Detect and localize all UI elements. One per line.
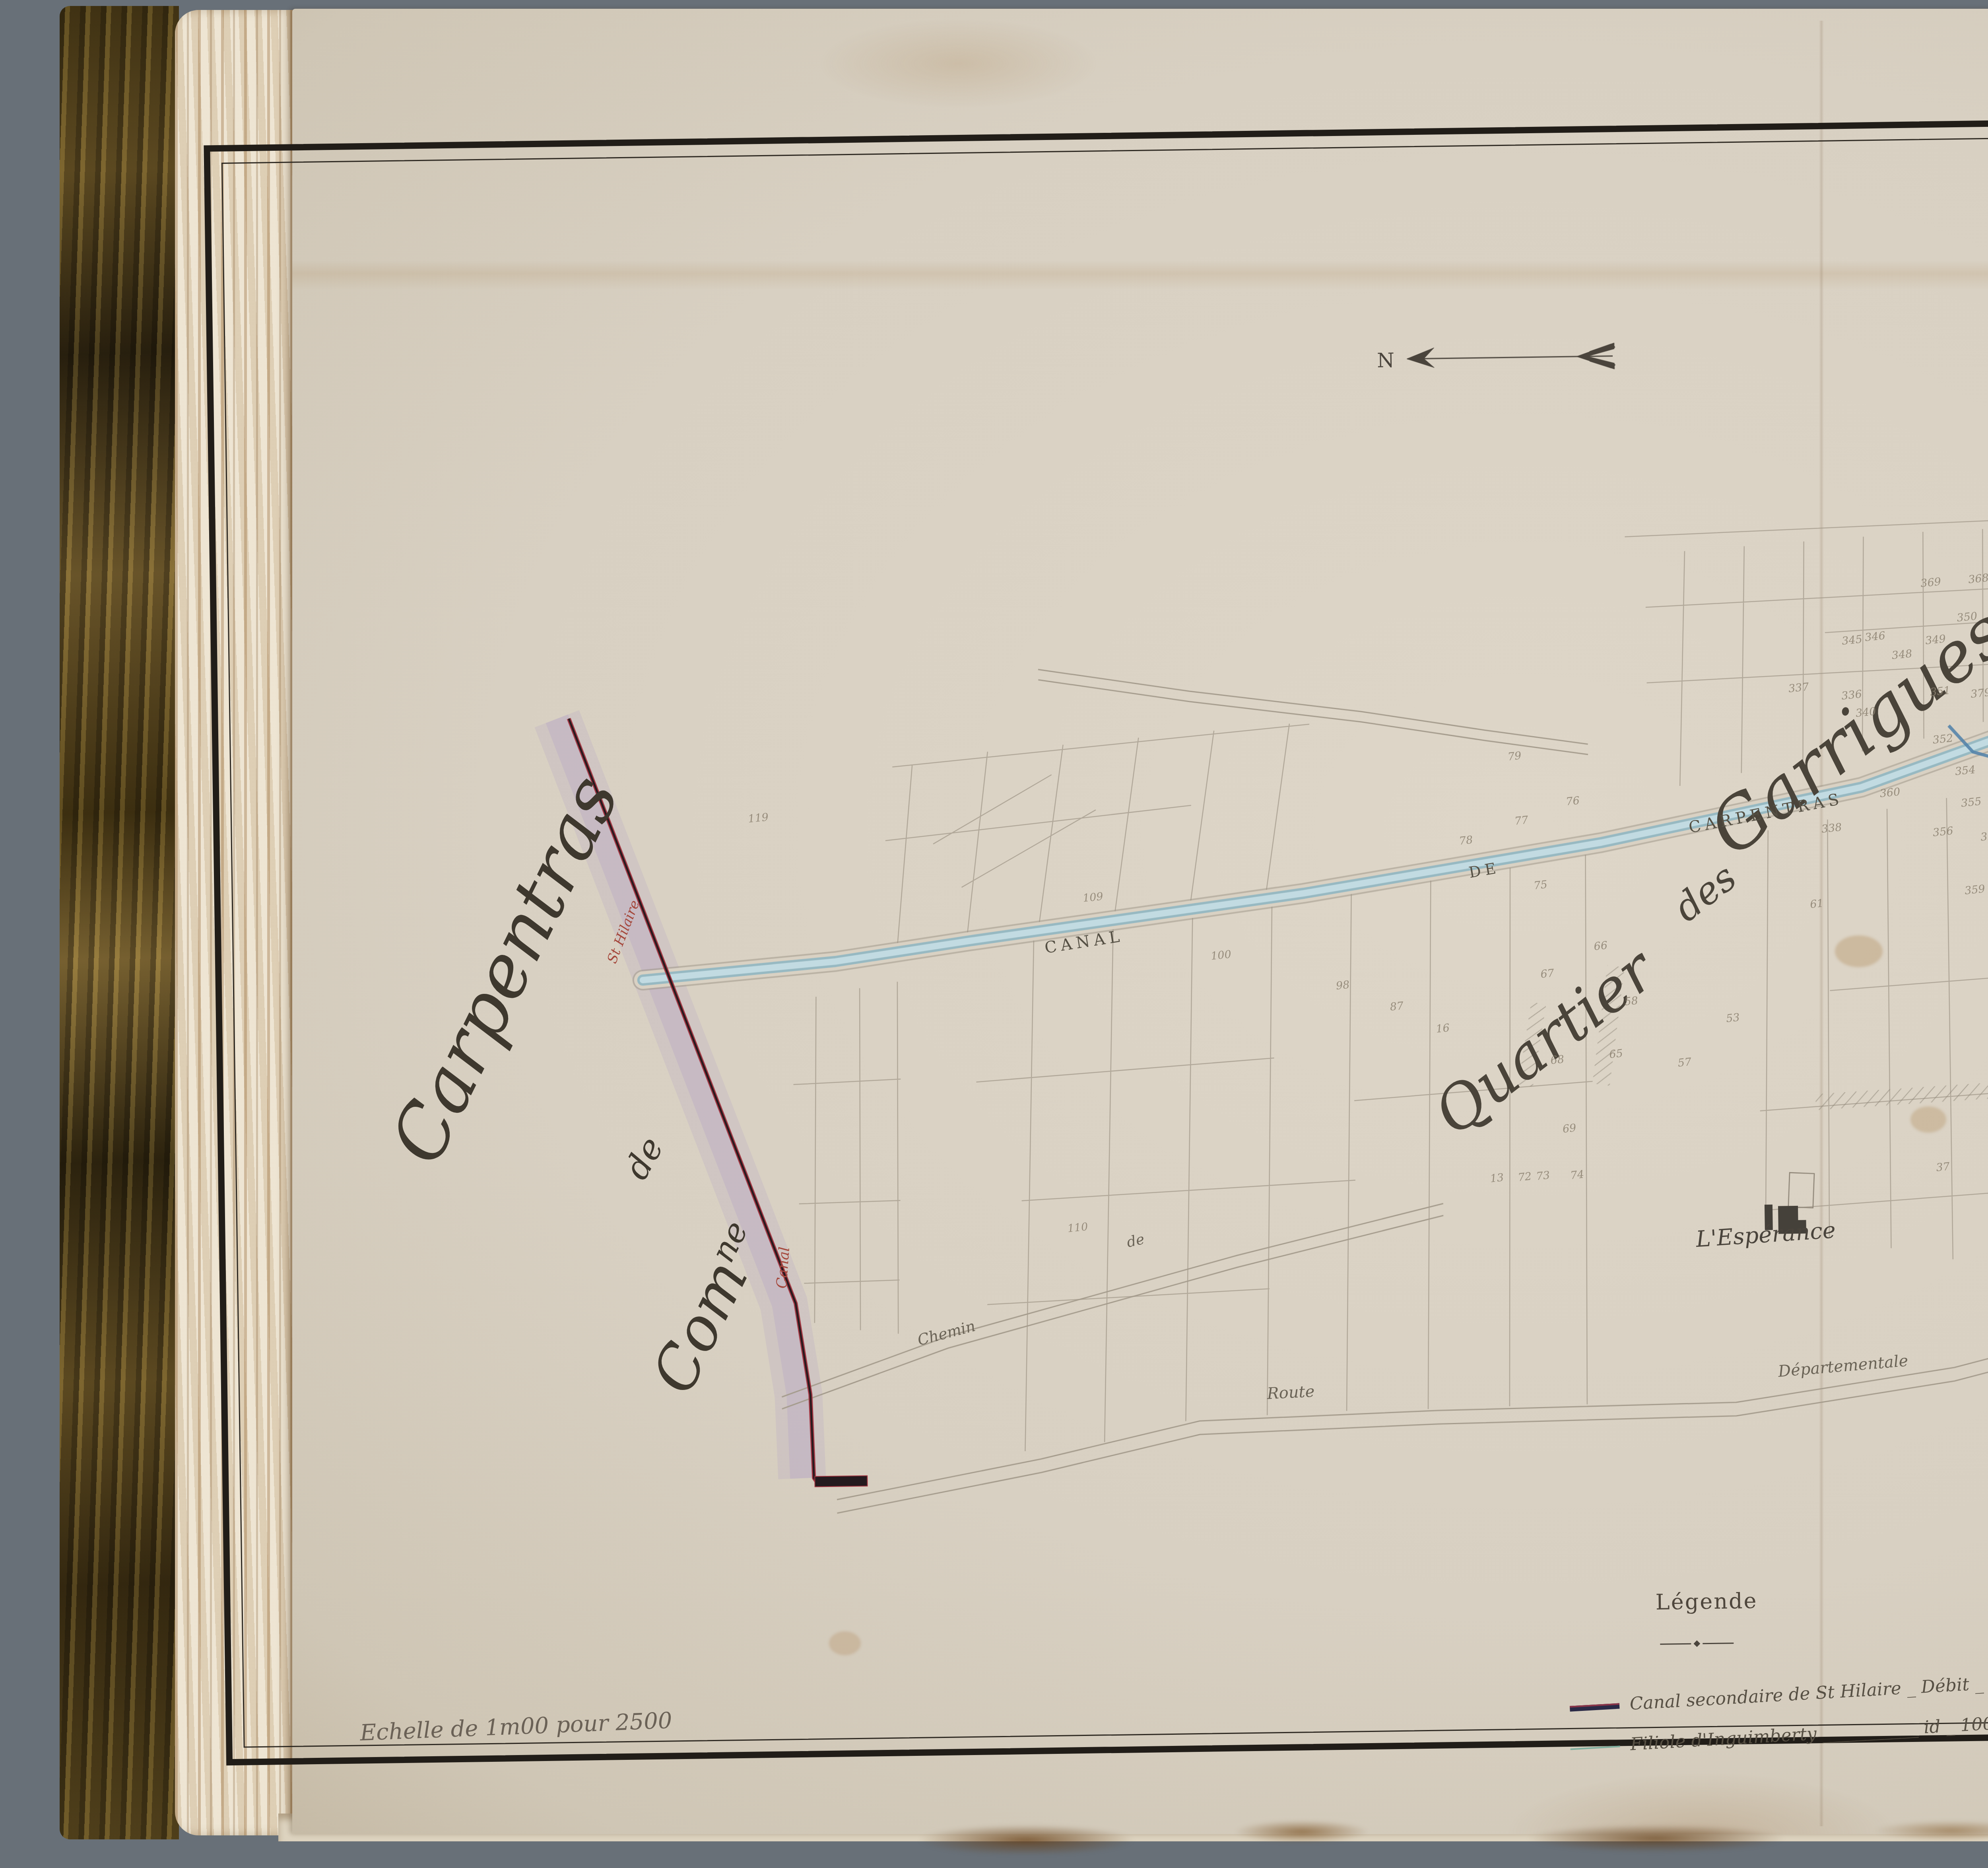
map-sheet: Carpentras Comne de Quartier des Garrigu… [292,9,1988,1834]
filiole-inguimberty [1949,724,1988,1283]
map-drawing [0,0,1988,1846]
farm-buildings [1764,1172,1815,1234]
parcel-lines [786,508,1988,1454]
north-arrow-icon [1407,343,1615,372]
commune-boundary-wash [557,715,802,1481]
canal-st-hilaire [569,715,868,1490]
roads [772,652,1988,1514]
hatched-path-strips [1516,957,1988,1156]
bottom-edge-stains [869,1798,1988,1846]
canal-de-carpentras [635,404,1988,980]
map-tilt-wrapper: Carpentras Comne de Quartier des Garrigu… [280,0,1988,1846]
photo-stage: Carpentras Comne de Quartier des Garrigu… [0,0,1988,1846]
